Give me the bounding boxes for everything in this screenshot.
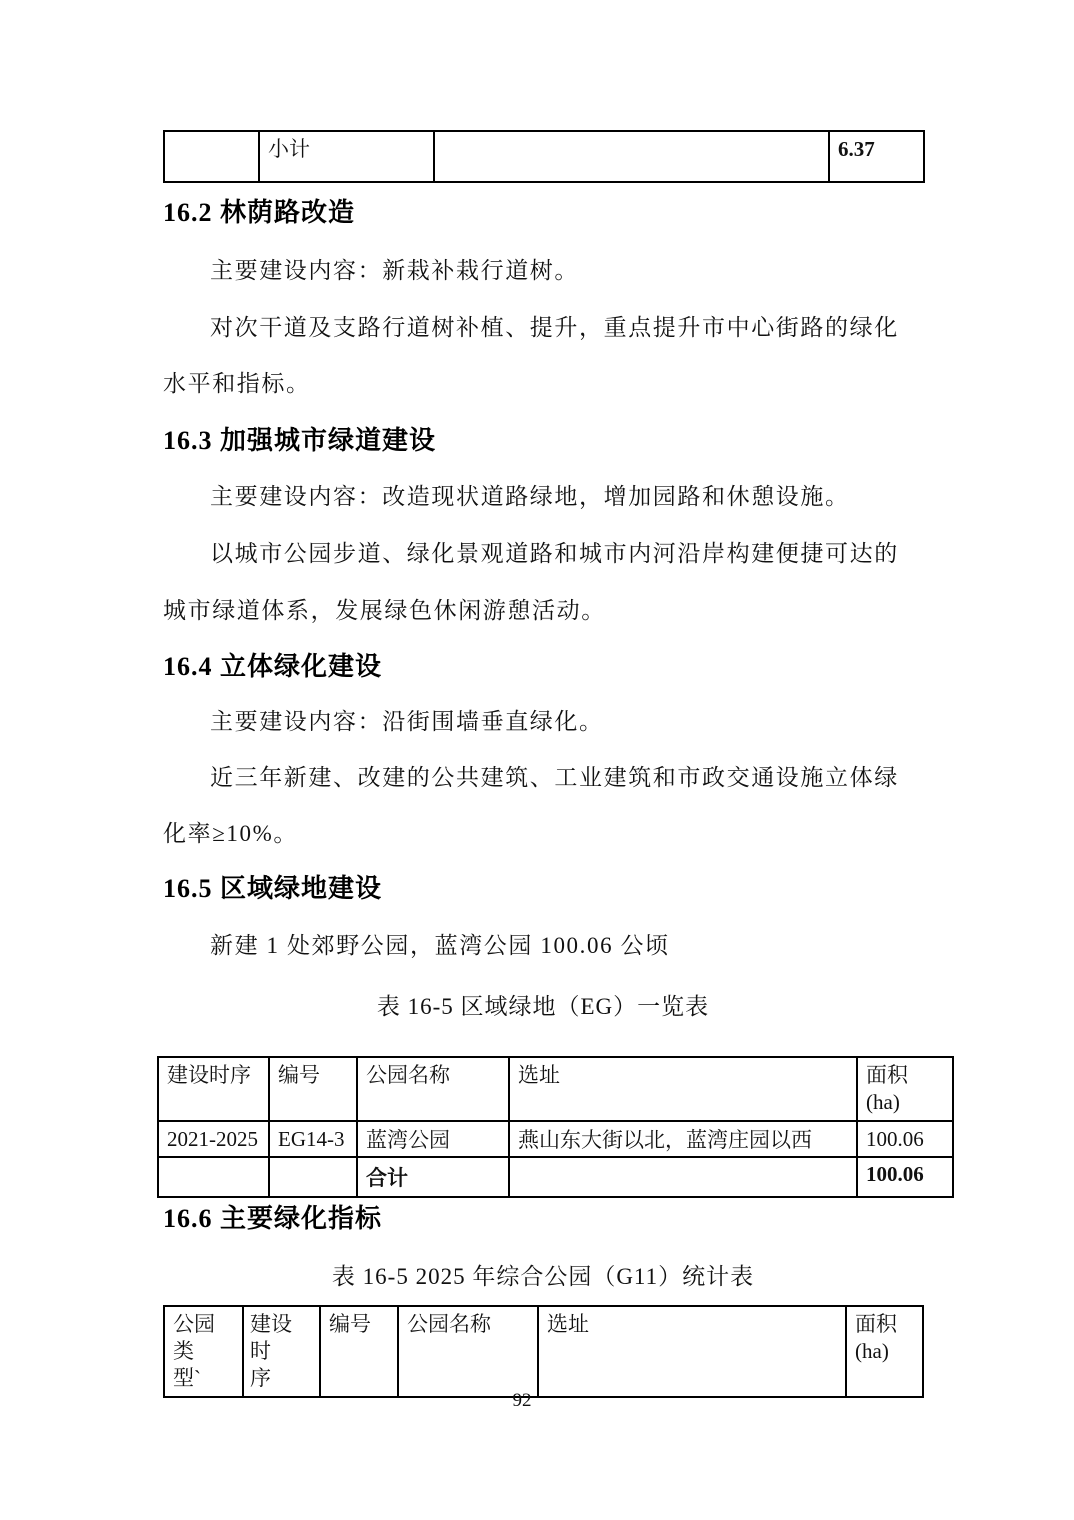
g11-header-time: 建设时 序 [243, 1306, 320, 1397]
section-heading-16-3: 16.3 加强城市绿道建设 [163, 426, 436, 456]
g11-header-time-line2: 序 [250, 1365, 311, 1392]
g11-header-area-line1: 面积 [855, 1311, 914, 1338]
eg-total-empty1 [158, 1157, 269, 1197]
g11-header-time-line1: 建设时 [250, 1311, 311, 1365]
eg-header-row: 建设时序 编号 公园名称 选址 面积 (ha) [158, 1057, 953, 1121]
subtotal-cell-empty2 [434, 131, 829, 182]
g11-header-site: 选址 [538, 1306, 846, 1397]
subtotal-table: 小计 6.37 [163, 130, 925, 183]
eg-cell-area: 100.06 [857, 1121, 953, 1157]
g11-header-type: 公园类 型` [164, 1306, 243, 1397]
eg-cell-code: EG14-3 [269, 1121, 357, 1157]
eg-total-label: 合计 [357, 1157, 509, 1197]
g11-table: 公园类 型` 建设时 序 编号 公园名称 选址 面积 (ha) [163, 1305, 924, 1398]
eg-table: 建设时序 编号 公园名称 选址 面积 (ha) 2021-2025 EG14-3… [157, 1056, 954, 1198]
paragraph-16-3-p2-line2: 城市绿道体系，发展绿色休闲游憩活动。 [163, 597, 606, 625]
g11-header-name: 公园名称 [398, 1306, 538, 1397]
eg-header-time: 建设时序 [158, 1057, 269, 1121]
section-heading-16-6: 16.6 主要绿化指标 [163, 1204, 382, 1234]
eg-header-area-line1: 面积 [866, 1062, 944, 1089]
eg-header-site: 选址 [509, 1057, 857, 1121]
section-heading-16-5: 16.5 区域绿地建设 [163, 874, 382, 904]
subtotal-value-cell: 6.37 [829, 131, 924, 182]
paragraph-16-2-p1: 主要建设内容：新栽补栽行道树。 [210, 257, 579, 285]
g11-header-type-line2: 型` [173, 1365, 234, 1392]
eg-cell-name: 蓝湾公园 [357, 1121, 509, 1157]
g11-header-area: 面积 (ha) [846, 1306, 923, 1397]
eg-cell-site: 燕山东大街以北，蓝湾庄园以西 [509, 1121, 857, 1157]
eg-total-row: 合计 100.06 [158, 1157, 953, 1197]
eg-header-code: 编号 [269, 1057, 357, 1121]
table-eg-caption: 表 16-5 区域绿地（EG）一览表 [163, 988, 923, 1021]
eg-total-empty2 [269, 1157, 357, 1197]
paragraph-16-5-p1: 新建 1 处郊野公园，蓝湾公园 100.06 公顷 [210, 932, 670, 960]
page-number: 92 [0, 1390, 1044, 1412]
g11-header-area-line2: (ha) [855, 1338, 914, 1365]
document-page: 小计 6.37 16.2 林荫路改造 主要建设内容：新栽补栽行道树。 对次干道及… [0, 0, 1074, 1520]
subtotal-label-cell: 小计 [259, 131, 434, 182]
eg-cell-time: 2021-2025 [158, 1121, 269, 1157]
eg-header-area: 面积 (ha) [857, 1057, 953, 1121]
paragraph-16-2-p2-line2: 水平和指标。 [163, 370, 311, 398]
section-heading-16-4: 16.4 立体绿化建设 [163, 652, 382, 682]
subtotal-row: 小计 6.37 [164, 131, 924, 182]
g11-header-code: 编号 [320, 1306, 398, 1397]
eg-total-area: 100.06 [857, 1157, 953, 1197]
eg-header-area-line2: (ha) [866, 1089, 944, 1116]
eg-total-empty3 [509, 1157, 857, 1197]
table-g11-caption: 表 16-5 2025 年综合公园（G11）统计表 [163, 1258, 923, 1291]
eg-header-name: 公园名称 [357, 1057, 509, 1121]
paragraph-16-4-p1: 主要建设内容：沿街围墙垂直绿化。 [210, 708, 604, 736]
paragraph-16-3-p1: 主要建设内容：改造现状道路绿地，增加园路和休憩设施。 [210, 483, 850, 511]
paragraph-16-3-p2-line1: 以城市公园步道、绿化景观道路和城市内河沿岸构建便捷可达的 [210, 540, 899, 568]
paragraph-16-2-p2-line1: 对次干道及支路行道树补植、提升，重点提升市中心街路的绿化 [210, 314, 899, 342]
eg-data-row: 2021-2025 EG14-3 蓝湾公园 燕山东大街以北，蓝湾庄园以西 100… [158, 1121, 953, 1157]
paragraph-16-4-p2-line2: 化率≥10%。 [163, 820, 298, 848]
section-heading-16-2: 16.2 林荫路改造 [163, 198, 355, 228]
g11-header-type-line1: 公园类 [173, 1311, 234, 1365]
g11-header-row: 公园类 型` 建设时 序 编号 公园名称 选址 面积 (ha) [164, 1306, 923, 1397]
paragraph-16-4-p2-line1: 近三年新建、改建的公共建筑、工业建筑和市政交通设施立体绿 [210, 764, 899, 792]
subtotal-cell-empty1 [164, 131, 259, 182]
